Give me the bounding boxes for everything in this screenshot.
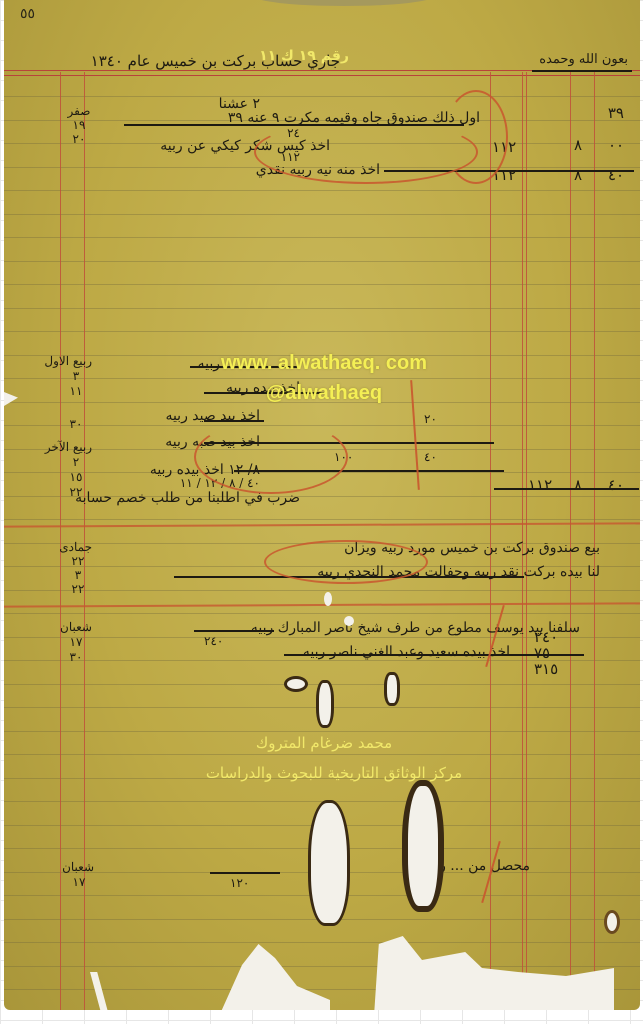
ruled-line <box>4 378 640 379</box>
entry-sub: ٤٠ <box>424 450 437 464</box>
bottom-tear <box>374 936 614 1010</box>
total-fraction: ٤٠ <box>608 476 624 494</box>
edge-tear <box>90 972 108 1010</box>
ruled-line <box>4 284 640 285</box>
ruled-line <box>4 966 640 967</box>
entry-line: اخذ بيده سعيد وعبد الغني ناصر ربيه <box>303 644 510 660</box>
ruled-line <box>4 190 640 191</box>
entry-sub: ١٢٠ <box>230 876 249 890</box>
paper-hole <box>402 780 444 912</box>
total-minor: ٨ <box>574 476 582 494</box>
ruled-line <box>4 731 640 732</box>
amount-minor: ٨ <box>574 136 582 154</box>
paper-hole <box>308 800 350 926</box>
ruled-line <box>4 942 640 943</box>
ruled-line <box>4 214 640 215</box>
ruled-line <box>4 331 640 332</box>
watermark-url: www. alwathaeq. com <box>154 352 494 375</box>
entry-underline <box>210 872 280 874</box>
paper-hole <box>284 676 308 692</box>
total-fraction: ٤٠ <box>608 166 624 184</box>
ledger-page: ٥٥ جاري حساب بركت بن خميس عام ١٣٤٠ بعون … <box>4 0 640 1010</box>
date-col-1: صفر ١٩ ٢٠ <box>64 104 94 146</box>
paper-hole <box>344 616 354 626</box>
binding-shadow <box>254 0 434 6</box>
ruled-line <box>4 261 640 262</box>
total-main: ١١٢ <box>528 476 552 494</box>
date-col-2: ربيع الاول ٣ ١١ ٣٠ ربيع الآخر ٢ ١٥ ٢٢ <box>60 354 92 500</box>
amount: ٣٩ <box>608 104 624 122</box>
date-col-4: شعبان ١٧ ٣٠ <box>60 620 92 665</box>
settled-mark <box>254 120 478 184</box>
ruled-line <box>4 425 640 426</box>
watermark-center: مركز الوثائق التاريخية للبحوث والدراسات <box>164 764 504 782</box>
ruled-line <box>4 754 640 755</box>
header-right-label: بعون الله وحمده <box>539 52 628 67</box>
settled-mark <box>264 540 428 584</box>
ruled-line <box>4 590 640 591</box>
ruled-line <box>4 613 640 614</box>
date-col-3: جمادى ٢٢ ٣ ٢٢ <box>64 540 92 596</box>
header-right-underline <box>532 70 632 72</box>
entry-underline <box>194 630 274 632</box>
section-separator <box>4 602 640 607</box>
watermark-ref: رقم ١٩ ك ١١ <box>234 48 374 64</box>
watermark-handle: @alwathaeq <box>204 382 444 405</box>
settled-mark <box>194 420 348 494</box>
ruled-line <box>4 308 640 309</box>
page-number: ٥٥ <box>20 6 35 22</box>
bottom-tear <box>220 944 330 1010</box>
ruled-line <box>4 519 640 520</box>
section-separator <box>4 522 640 527</box>
paper-hole <box>316 680 334 728</box>
ruled-line <box>4 237 640 238</box>
paper-hole <box>604 910 620 934</box>
ruled-line <box>4 96 640 97</box>
amount-fraction: ٠٠ <box>608 136 624 154</box>
total-minor: ٨ <box>574 166 582 184</box>
total: ٣١٥ <box>534 660 558 678</box>
watermark-author: محمد ضرغام المتروك <box>184 734 464 752</box>
date-col-5: شعبان ١٧ <box>64 860 94 890</box>
entry-sub: ٢٤٠ <box>204 634 223 648</box>
entry-line: سلفنا بيد يوسف مطوع من طرف شيخ ناصر المب… <box>251 620 580 636</box>
edge-tear <box>4 392 18 406</box>
entry-sub: ٢٠ <box>424 412 437 426</box>
paper-hole <box>324 592 332 606</box>
paper-hole <box>384 672 400 706</box>
